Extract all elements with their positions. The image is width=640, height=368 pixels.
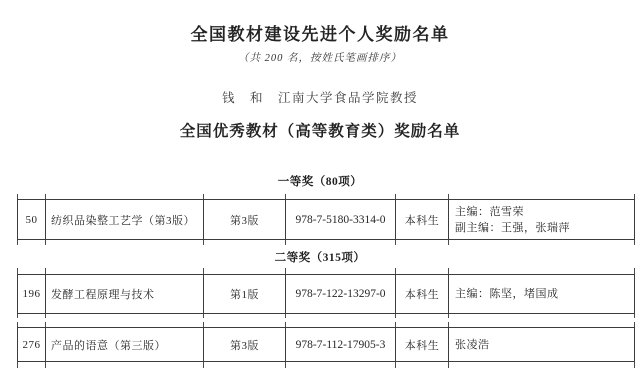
document-page: 全国教材建设先进个人奖励名单 （共 200 名，按姓氏笔画排序） 钱 和 江南大…: [0, 0, 640, 368]
reader-type-cell: 本科生: [396, 200, 449, 239]
table-row: 196 发酵工程原理与技术 第1版 978-7-122-13297-0 本科生 …: [17, 274, 635, 314]
prize-tier-header-second: 二等奖（315项）: [0, 249, 640, 265]
row-number-cell: 276: [18, 328, 46, 361]
edition-cell: 第3版: [204, 200, 286, 239]
book-title-cell: 纺织品染整工艺学（第3版）: [46, 200, 204, 239]
section-title-excellent-textbooks: 全国优秀教材（高等教育类）奖励名单: [0, 119, 640, 141]
edition-cell: 第3版: [204, 328, 286, 361]
column-divider-stubs: [17, 194, 635, 199]
prize-tier-header-first: 一等奖（80项）: [0, 173, 640, 189]
edition-cell: 第1版: [204, 275, 286, 313]
editors-cell: 主编：陈坚，堵国成: [449, 275, 634, 313]
reader-type-cell: 本科生: [396, 328, 449, 361]
row-number-cell: 50: [18, 200, 46, 239]
editor-line: 张凌浩: [455, 337, 490, 353]
editor-line: 副主编：王强，张瑞萍: [455, 220, 570, 236]
editors-cell: 主编：范雪荣 副主编：王强，张瑞萍: [449, 200, 634, 239]
column-divider-stubs: [17, 240, 635, 245]
award-table-strip-second-prize-row2: 276 产品的语意（第三版） 第3版 978-7-112-17905-3 本科生…: [17, 322, 635, 368]
column-divider-stubs: [17, 314, 635, 318]
reader-type-cell: 本科生: [396, 275, 449, 313]
editor-line: 主编：陈坚，堵国成: [455, 286, 559, 302]
doc-subtitle: （共 200 名，按姓氏笔画排序）: [0, 50, 640, 65]
row-number-cell: 196: [18, 275, 46, 313]
book-title-cell: 发酵工程原理与技术: [46, 275, 204, 313]
awardee-entry: 钱 和 江南大学食品学院教授: [0, 88, 640, 106]
table-row: 276 产品的语意（第三版） 第3版 978-7-112-17905-3 本科生…: [17, 327, 635, 362]
column-divider-stubs: [17, 362, 635, 368]
column-divider-stubs: [17, 322, 635, 327]
editors-cell: 张凌浩: [449, 328, 634, 361]
doc-title: 全国教材建设先进个人奖励名单: [0, 20, 640, 45]
isbn-cell: 978-7-122-13297-0: [286, 275, 396, 313]
column-divider-stubs: [17, 268, 635, 274]
award-table-strip-first-prize: 50 纺织品染整工艺学（第3版） 第3版 978-7-5180-3314-0 本…: [17, 194, 635, 245]
award-table-strip-second-prize-row1: 196 发酵工程原理与技术 第1版 978-7-122-13297-0 本科生 …: [17, 268, 635, 318]
editor-line: 主编：范雪荣: [455, 204, 524, 220]
book-title-cell: 产品的语意（第三版）: [46, 328, 204, 361]
isbn-cell: 978-7-5180-3314-0: [286, 200, 396, 239]
table-row: 50 纺织品染整工艺学（第3版） 第3版 978-7-5180-3314-0 本…: [17, 199, 635, 240]
isbn-cell: 978-7-112-17905-3: [286, 328, 396, 361]
